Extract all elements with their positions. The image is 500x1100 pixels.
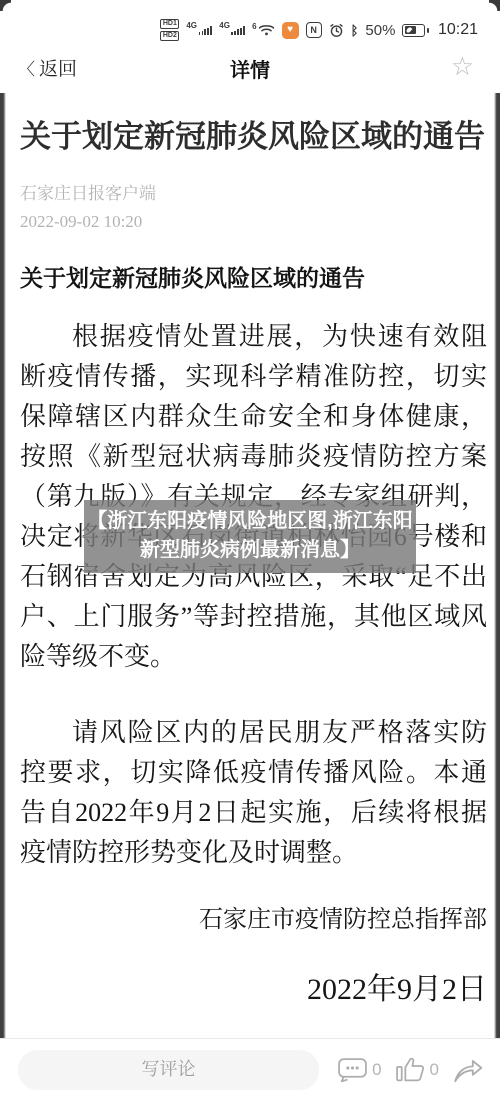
status-time: 10:21 (438, 21, 478, 39)
article-signature: 石家庄市疫情防控总指挥部 (20, 899, 487, 934)
heart-glyph: ♥ (287, 25, 293, 35)
like-button[interactable] (395, 1055, 426, 1084)
signal-bars-2 (231, 26, 245, 35)
wifi-6-label: 6 (252, 23, 256, 31)
favorite-star-button[interactable]: ☆ (451, 51, 474, 82)
watermark-overlay: 【浙江东阳疫情风险地区图,浙江东阳新型肺炎病例最新消息】 (84, 500, 416, 573)
like-count: 0 (430, 1060, 439, 1080)
screen-corner-top-left (0, 0, 11, 11)
article-paragraph-2: 请风险区内的居民朋友严格落实防控要求，切实降低疫情传播风险。本通告自2022年9… (20, 713, 487, 873)
article-date: 2022年9月2日 (20, 964, 487, 1008)
article-source: 石家庄日报客户端 (20, 179, 487, 204)
page-title: 详情 (0, 54, 500, 83)
article-publish-time: 2022-09-02 10:20 (20, 212, 487, 232)
alarm-clock-icon (329, 23, 344, 38)
right-edge-shadow (494, 93, 500, 1038)
network-type-label-2: 4G (219, 22, 230, 30)
screen-corner-top-right (489, 0, 500, 11)
signal-strength-icon-2: 4G (219, 26, 245, 35)
left-edge-shadow (0, 93, 6, 1038)
wifi-icon: 6 (252, 23, 274, 37)
status-bar: HD1 HD2 4G 4G 6 ♥ N (0, 14, 500, 46)
nfc-label: N (310, 25, 317, 35)
comment-input[interactable] (18, 1050, 319, 1090)
nav-bar: 〈 返回 详情 ☆ (0, 46, 500, 93)
phone-screen: HD1 HD2 4G 4G 6 ♥ N (0, 0, 500, 1100)
nfc-icon: N (306, 22, 322, 38)
bluetooth-icon: ᛒ (351, 24, 359, 37)
signal-bars-1 (199, 26, 213, 35)
battery-icon (402, 24, 429, 37)
article-title: 关于划定新冠肺炎风险区域的通告 (20, 112, 487, 161)
article-paragraph-1: 根据疫情处置进展，为快速有效阻断疫情传播，实现科学精准防控，切实保障辖区内群众生… (20, 317, 487, 677)
health-app-notification-icon: ♥ (282, 22, 299, 39)
network-type-label-1: 4G (186, 22, 197, 30)
hd-voice-icons: HD1 HD2 (160, 19, 179, 41)
bottom-action-bar: 0 0 (0, 1038, 500, 1100)
battery-percent: 50% (365, 22, 395, 39)
hd1-icon: HD1 (160, 19, 179, 29)
hd2-icon: HD2 (160, 31, 179, 41)
comment-button[interactable] (337, 1056, 368, 1083)
share-button[interactable] (452, 1056, 484, 1084)
article-body-heading: 关于划定新冠肺炎风险区域的通告 (20, 260, 487, 293)
comment-count: 0 (372, 1060, 381, 1080)
signal-strength-icon-1: 4G (186, 26, 212, 35)
